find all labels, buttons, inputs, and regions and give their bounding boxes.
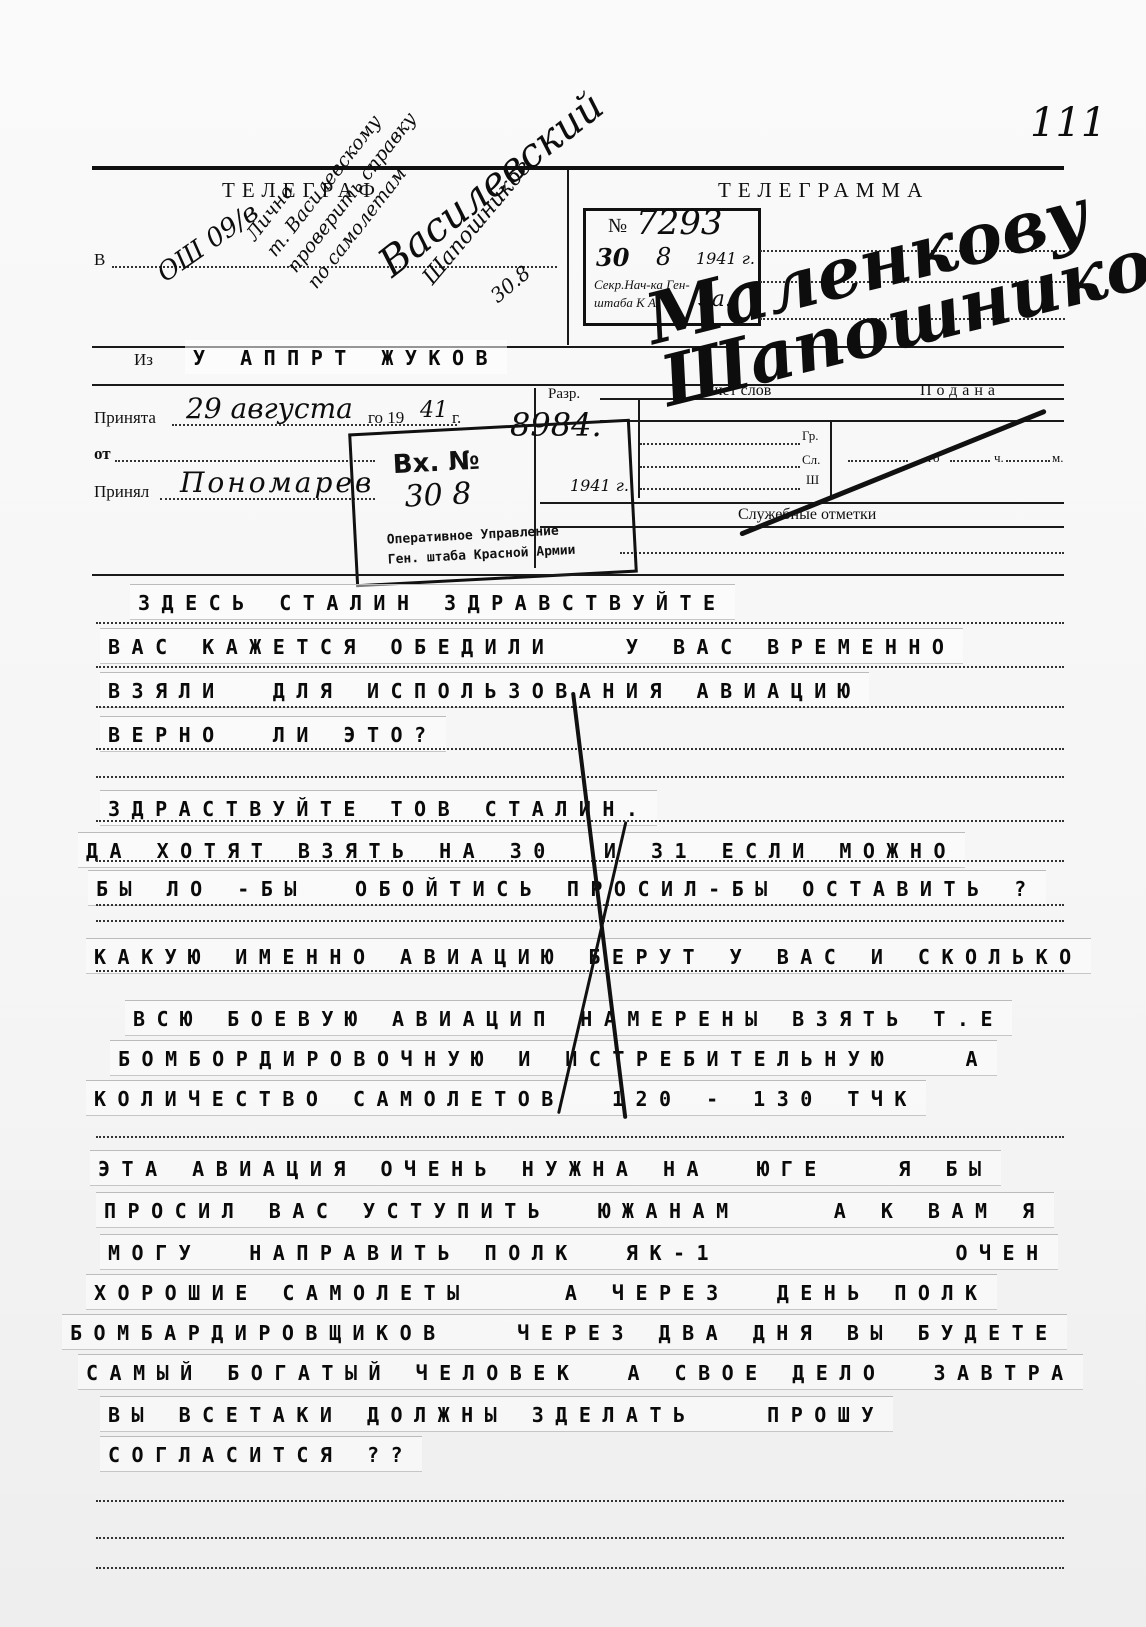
message-line: СОГЛАСИТСЯ ?? bbox=[100, 1436, 422, 1472]
field-submitted-label: Подана bbox=[920, 382, 1000, 400]
message-rule bbox=[96, 1567, 1064, 1569]
message-rule bbox=[96, 820, 1064, 822]
word-count-divider bbox=[638, 398, 640, 498]
field-razr-label: Разр. bbox=[548, 386, 580, 403]
message-line: ВЗЯЛИ ДЛЯ ИСПОЛЬЗОВАНИЯ АВИАЦИЮ bbox=[100, 672, 869, 708]
receiver-name: Пономарев bbox=[180, 466, 374, 499]
message-line: ВСЮ БОЕВУЮ АВИАЦИП НАМЕРЕНЫ ВЗЯТЬ Т.Е bbox=[125, 1000, 1012, 1036]
message-rule bbox=[96, 1500, 1064, 1502]
message-line: КОЛИЧЕСТВО САМОЛЕТОВ 120 - 130 ТЧК bbox=[86, 1080, 926, 1116]
message-line: ВЕРНО ЛИ ЭТО? bbox=[100, 716, 446, 752]
field-from-label: Из bbox=[134, 350, 153, 370]
message-line: ДА ХОТЯТ ВЗЯТЬ НА 30 И 31 ЕСЛИ МОЖНО bbox=[78, 832, 965, 868]
message-line: ЗДЕСЬ СТАЛИН ЗДРАВСТВУЙТЕ bbox=[130, 584, 735, 620]
time-line bbox=[848, 460, 908, 462]
field-from-value: У АППРТ ЖУКОВ bbox=[185, 340, 507, 374]
field-gr-label: Гр. bbox=[802, 428, 818, 444]
header-bottom-rule bbox=[92, 574, 1064, 576]
message-line: КАКУЮ ИМЕННО АВИАЦИЮ БЕРУТ У ВАС И СКОЛЬ… bbox=[86, 938, 1091, 974]
message-line: САМЫЙ БОГАТЫЙ ЧЕЛОВЕК А СВОЕ ДЕЛО ЗАВТРА bbox=[78, 1354, 1083, 1390]
message-rule bbox=[96, 622, 1064, 624]
receiver-line bbox=[160, 498, 375, 500]
message-rule bbox=[96, 1537, 1064, 1539]
message-line: ХОРОШИЕ САМОЛЕТЫ А ЧЕРЕЗ ДЕНЬ ПОЛК bbox=[86, 1274, 997, 1310]
message-rule bbox=[96, 904, 1064, 906]
stamp-number: 7293 bbox=[636, 203, 723, 243]
message-line: ЭТА АВИАЦИЯ ОЧЕНЬ НУЖНА НА ЮГЕ Я БЫ bbox=[90, 1150, 1001, 1186]
time-line bbox=[1006, 460, 1050, 462]
signature-strike bbox=[739, 409, 1047, 537]
field-to-label: В bbox=[94, 250, 105, 270]
field-accepted-label: Принята bbox=[94, 408, 156, 428]
field-sh-label: Ш bbox=[806, 472, 819, 488]
message-rule bbox=[96, 776, 1064, 778]
form-rule bbox=[600, 420, 1064, 422]
stamp-month: 8 bbox=[656, 243, 671, 271]
field-ot-label: от bbox=[94, 444, 111, 464]
incoming-label: Вх. № bbox=[392, 446, 480, 481]
message-line: БОМБОРДИРОВОЧНУЮ И ИСТРЕБИТЕЛЬНУЮ А bbox=[110, 1040, 997, 1076]
word-count-line bbox=[640, 488, 800, 490]
service-line bbox=[620, 552, 1064, 554]
message-line: БОМБАРДИРОВЩИКОВ ЧЕРЕЗ ДВА ДНЯ ВЫ БУДЕТЕ bbox=[62, 1314, 1067, 1350]
telegram-document: 111 ТЕЛЕГРАФ ТЕЛЕГРАММА В ОШ 09/в Лично … bbox=[0, 0, 1146, 1627]
incoming-line2: Ген. штаба Красной Армии bbox=[387, 543, 575, 568]
field-receiver-label: Принял bbox=[94, 482, 149, 502]
header-rule bbox=[92, 166, 1064, 170]
word-count-line bbox=[640, 466, 800, 468]
stamp-number-label: № bbox=[608, 215, 627, 238]
time-line bbox=[950, 460, 990, 462]
page-number: 111 bbox=[1030, 100, 1106, 146]
ot-line bbox=[115, 460, 375, 462]
form-title-telegram: ТЕЛЕГРАММА bbox=[718, 178, 929, 203]
field-time-h: ч. bbox=[994, 450, 1004, 466]
message-line: ВАС КАЖЕТСЯ ОБЕДИЛИ У ВАС ВРЕМЕННО bbox=[100, 628, 963, 664]
word-count-divider bbox=[830, 420, 832, 498]
field-time-m: м. bbox=[1052, 450, 1063, 466]
message-rule bbox=[96, 920, 1064, 922]
header-divider bbox=[567, 170, 569, 345]
message-line: МОГУ НАПРАВИТЬ ПОЛК ЯК-1 ОЧЕН bbox=[100, 1234, 1058, 1270]
message-line: БЫ ЛО -БЫ ОБОЙТИСЬ ПРОСИЛ-БЫ ОСТАВИТЬ ? bbox=[88, 870, 1046, 906]
message-rule bbox=[96, 860, 1064, 862]
message-line: ВЫ ВСЕТАКИ ДОЛЖНЫ ЗДЕЛАТЬ ПРОШУ bbox=[100, 1396, 893, 1432]
stamp-day: 30 bbox=[596, 243, 629, 272]
accepted-date: 29 августа bbox=[186, 392, 353, 425]
accepted-year: 41 bbox=[420, 398, 448, 423]
word-count-line bbox=[640, 443, 800, 445]
field-sl-label: Сл. bbox=[802, 452, 820, 468]
message-rule bbox=[96, 706, 1064, 708]
accepted-line bbox=[172, 424, 457, 426]
incoming-date: 30 8 bbox=[404, 476, 473, 514]
message-rule bbox=[96, 1136, 1064, 1138]
top-left-reference: ОШ 09/в bbox=[152, 197, 264, 288]
message-rule bbox=[96, 970, 1064, 972]
message-line: ПРОСИЛ ВАС УСТУПИТЬ ЮЖАНАМ А К ВАМ Я bbox=[96, 1192, 1054, 1228]
message-rule bbox=[96, 666, 1064, 668]
incoming-stamp: Вх. № 30 8 Оперативное Управление Ген. ш… bbox=[348, 419, 638, 588]
